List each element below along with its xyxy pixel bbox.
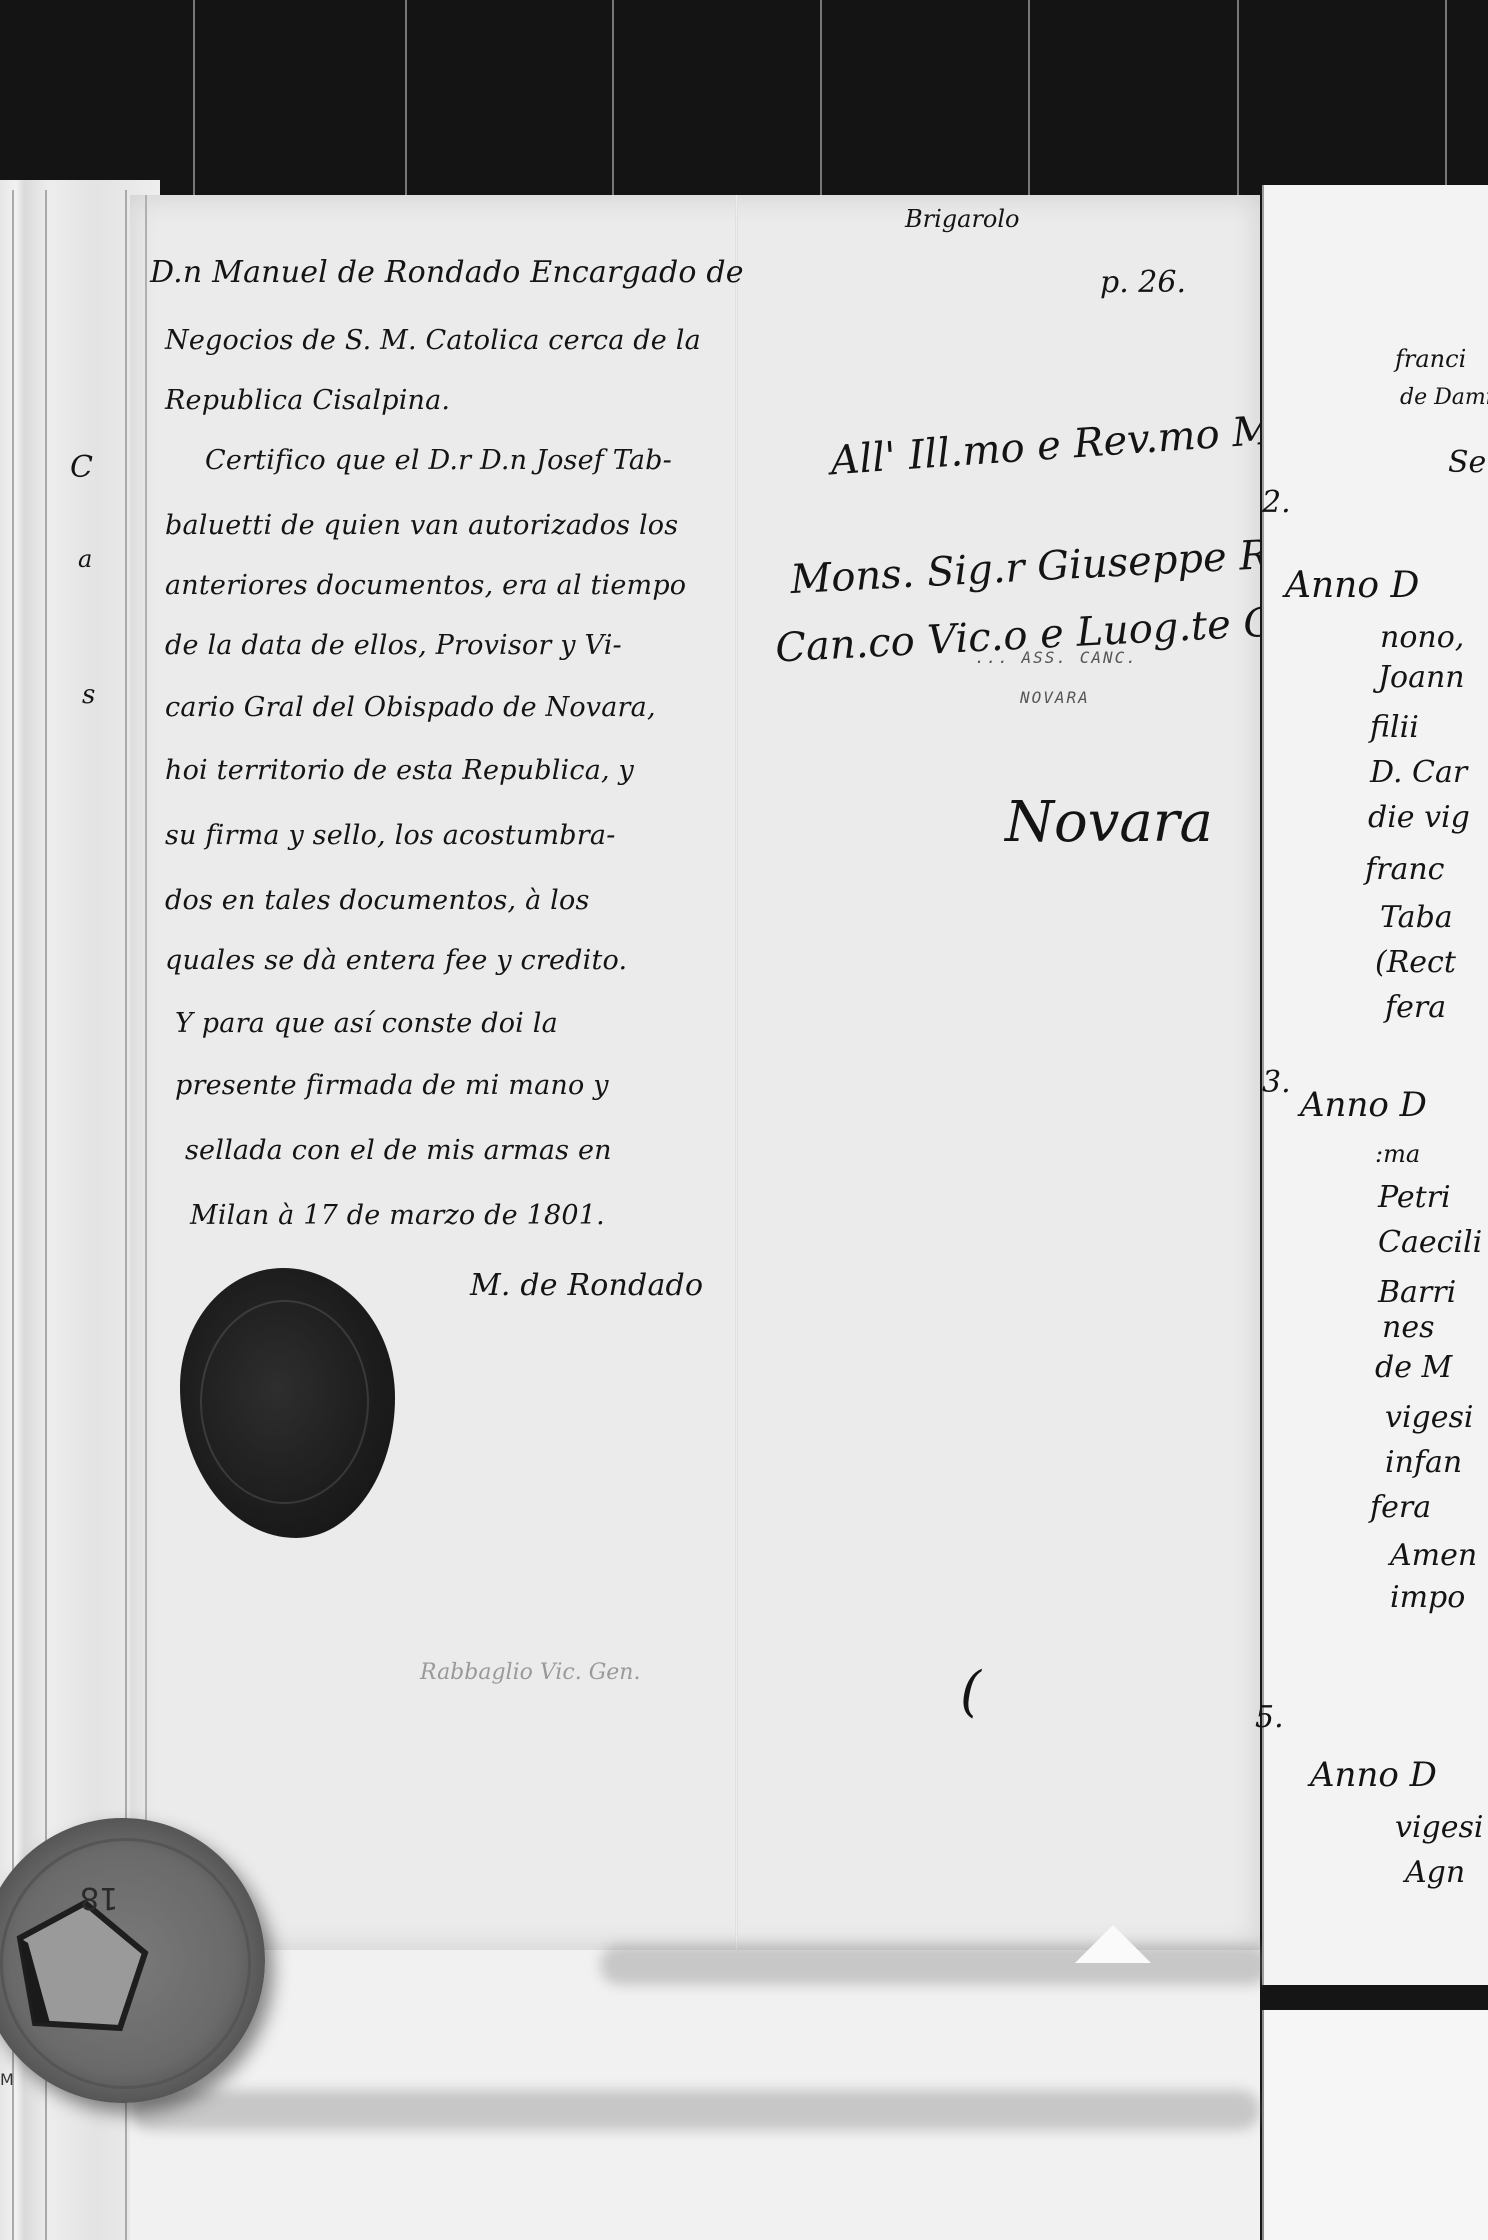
right-line: Anno D bbox=[1300, 1085, 1427, 1125]
entry-marker: 5. bbox=[1255, 1700, 1284, 1735]
certificate-line: cario Gral del Obispado de Novara, bbox=[165, 692, 656, 723]
certificate-line: dos en tales documentos, à los bbox=[165, 885, 590, 916]
right-line: Petri bbox=[1378, 1180, 1451, 1215]
fold-line bbox=[735, 195, 738, 1950]
page-number-mark: p. 26. bbox=[1100, 265, 1186, 300]
right-line: infan bbox=[1385, 1445, 1462, 1480]
right-line: franci bbox=[1395, 345, 1466, 373]
certificate-line: Negocios de S. M. Catolica cerca de la bbox=[165, 325, 701, 356]
right-line: de M bbox=[1375, 1350, 1452, 1385]
margin-mark: C bbox=[70, 450, 93, 485]
certificate-line: hoi territorio de esta Republica, y bbox=[165, 755, 634, 786]
right-line: vigesi bbox=[1395, 1810, 1484, 1845]
ink-stamp: NOVARA bbox=[1020, 688, 1090, 707]
margin-mark: s bbox=[82, 680, 95, 710]
certificate-line: D.n Manuel de Rondado Encargado de bbox=[150, 255, 744, 290]
wax-seal-impression bbox=[200, 1300, 369, 1504]
right-line: Caecili bbox=[1378, 1225, 1482, 1260]
right-line: Joann bbox=[1378, 660, 1465, 695]
ink-flourish: ( bbox=[960, 1660, 981, 1723]
page-shadow bbox=[130, 2090, 1260, 2130]
backing-board bbox=[0, 0, 1488, 200]
right-line: nono, bbox=[1380, 620, 1464, 655]
grid-line bbox=[1237, 0, 1239, 200]
right-line: Taba bbox=[1380, 900, 1453, 935]
film-reel-label: 18 bbox=[80, 1880, 118, 1915]
right-line: Agn bbox=[1405, 1855, 1465, 1890]
right-line: filii bbox=[1370, 710, 1419, 745]
grid-line bbox=[1028, 0, 1030, 200]
right-line: vigesi bbox=[1385, 1400, 1474, 1435]
certificate-line: sellada con el de mis armas en bbox=[185, 1135, 612, 1166]
right-line: franc bbox=[1365, 852, 1444, 887]
certificate-line: Republica Cisalpina. bbox=[165, 385, 450, 416]
right-line: Amen bbox=[1390, 1538, 1477, 1573]
right-line: Anno D bbox=[1310, 1755, 1437, 1795]
right-line: de Dami bbox=[1400, 385, 1488, 410]
grid-line bbox=[820, 0, 822, 200]
certificate-line: Certifico que el D.r D.n Josef Tab- bbox=[205, 445, 672, 476]
certificate-line: presente firmada de mi mano y bbox=[175, 1070, 609, 1101]
page-shadow bbox=[600, 1945, 1270, 1985]
right-line: D. Car bbox=[1370, 755, 1467, 790]
right-line: fera bbox=[1370, 1490, 1431, 1525]
film-reel-pentagon-hole bbox=[10, 1898, 150, 2038]
certificate-line: Milan à 17 de marzo de 1801. bbox=[190, 1200, 605, 1231]
right-line: (Rect bbox=[1375, 945, 1456, 980]
certificate-line: de la data de ellos, Provisor y Vi- bbox=[165, 630, 622, 661]
certificate-line: baluetti de quien van autorizados los bbox=[165, 510, 678, 541]
certificate-line: su firma y sello, los acostumbra- bbox=[165, 820, 616, 851]
right-line: Anno D bbox=[1285, 565, 1419, 606]
certificate-line: Y para que así conste doi la bbox=[175, 1008, 558, 1039]
grid-line bbox=[612, 0, 614, 200]
right-line: :ma bbox=[1375, 1140, 1420, 1168]
adjacent-page-lower bbox=[1262, 2010, 1488, 2240]
right-line: impo bbox=[1390, 1580, 1465, 1615]
grid-line bbox=[193, 0, 195, 200]
right-line: nes bbox=[1382, 1310, 1434, 1345]
right-line: Se bbox=[1448, 445, 1486, 480]
right-line: die vig bbox=[1368, 800, 1470, 835]
margin-mark: a bbox=[78, 545, 92, 573]
ink-stamp: ... ASS. CANC. bbox=[975, 648, 1138, 667]
entry-marker: 2. bbox=[1262, 485, 1291, 520]
entry-marker: 3. bbox=[1262, 1065, 1291, 1100]
grid-line bbox=[405, 0, 407, 200]
film-reel-mark: M bbox=[0, 2070, 14, 2089]
right-line: fera bbox=[1385, 990, 1446, 1025]
faded-note: Rabbaglio Vic. Gen. bbox=[420, 1660, 640, 1685]
city-name: Novara bbox=[1005, 790, 1213, 855]
grid-line bbox=[1445, 0, 1447, 200]
folded-corner bbox=[1075, 1925, 1151, 1963]
certificate-line: quales se dà entera fee y credito. bbox=[165, 945, 627, 976]
certificate-line: anteriores documentos, era al tiempo bbox=[165, 570, 686, 601]
signature: M. de Rondado bbox=[470, 1268, 703, 1303]
top-annotation: Brigarolo bbox=[905, 205, 1020, 233]
right-line: Barri bbox=[1378, 1275, 1456, 1310]
